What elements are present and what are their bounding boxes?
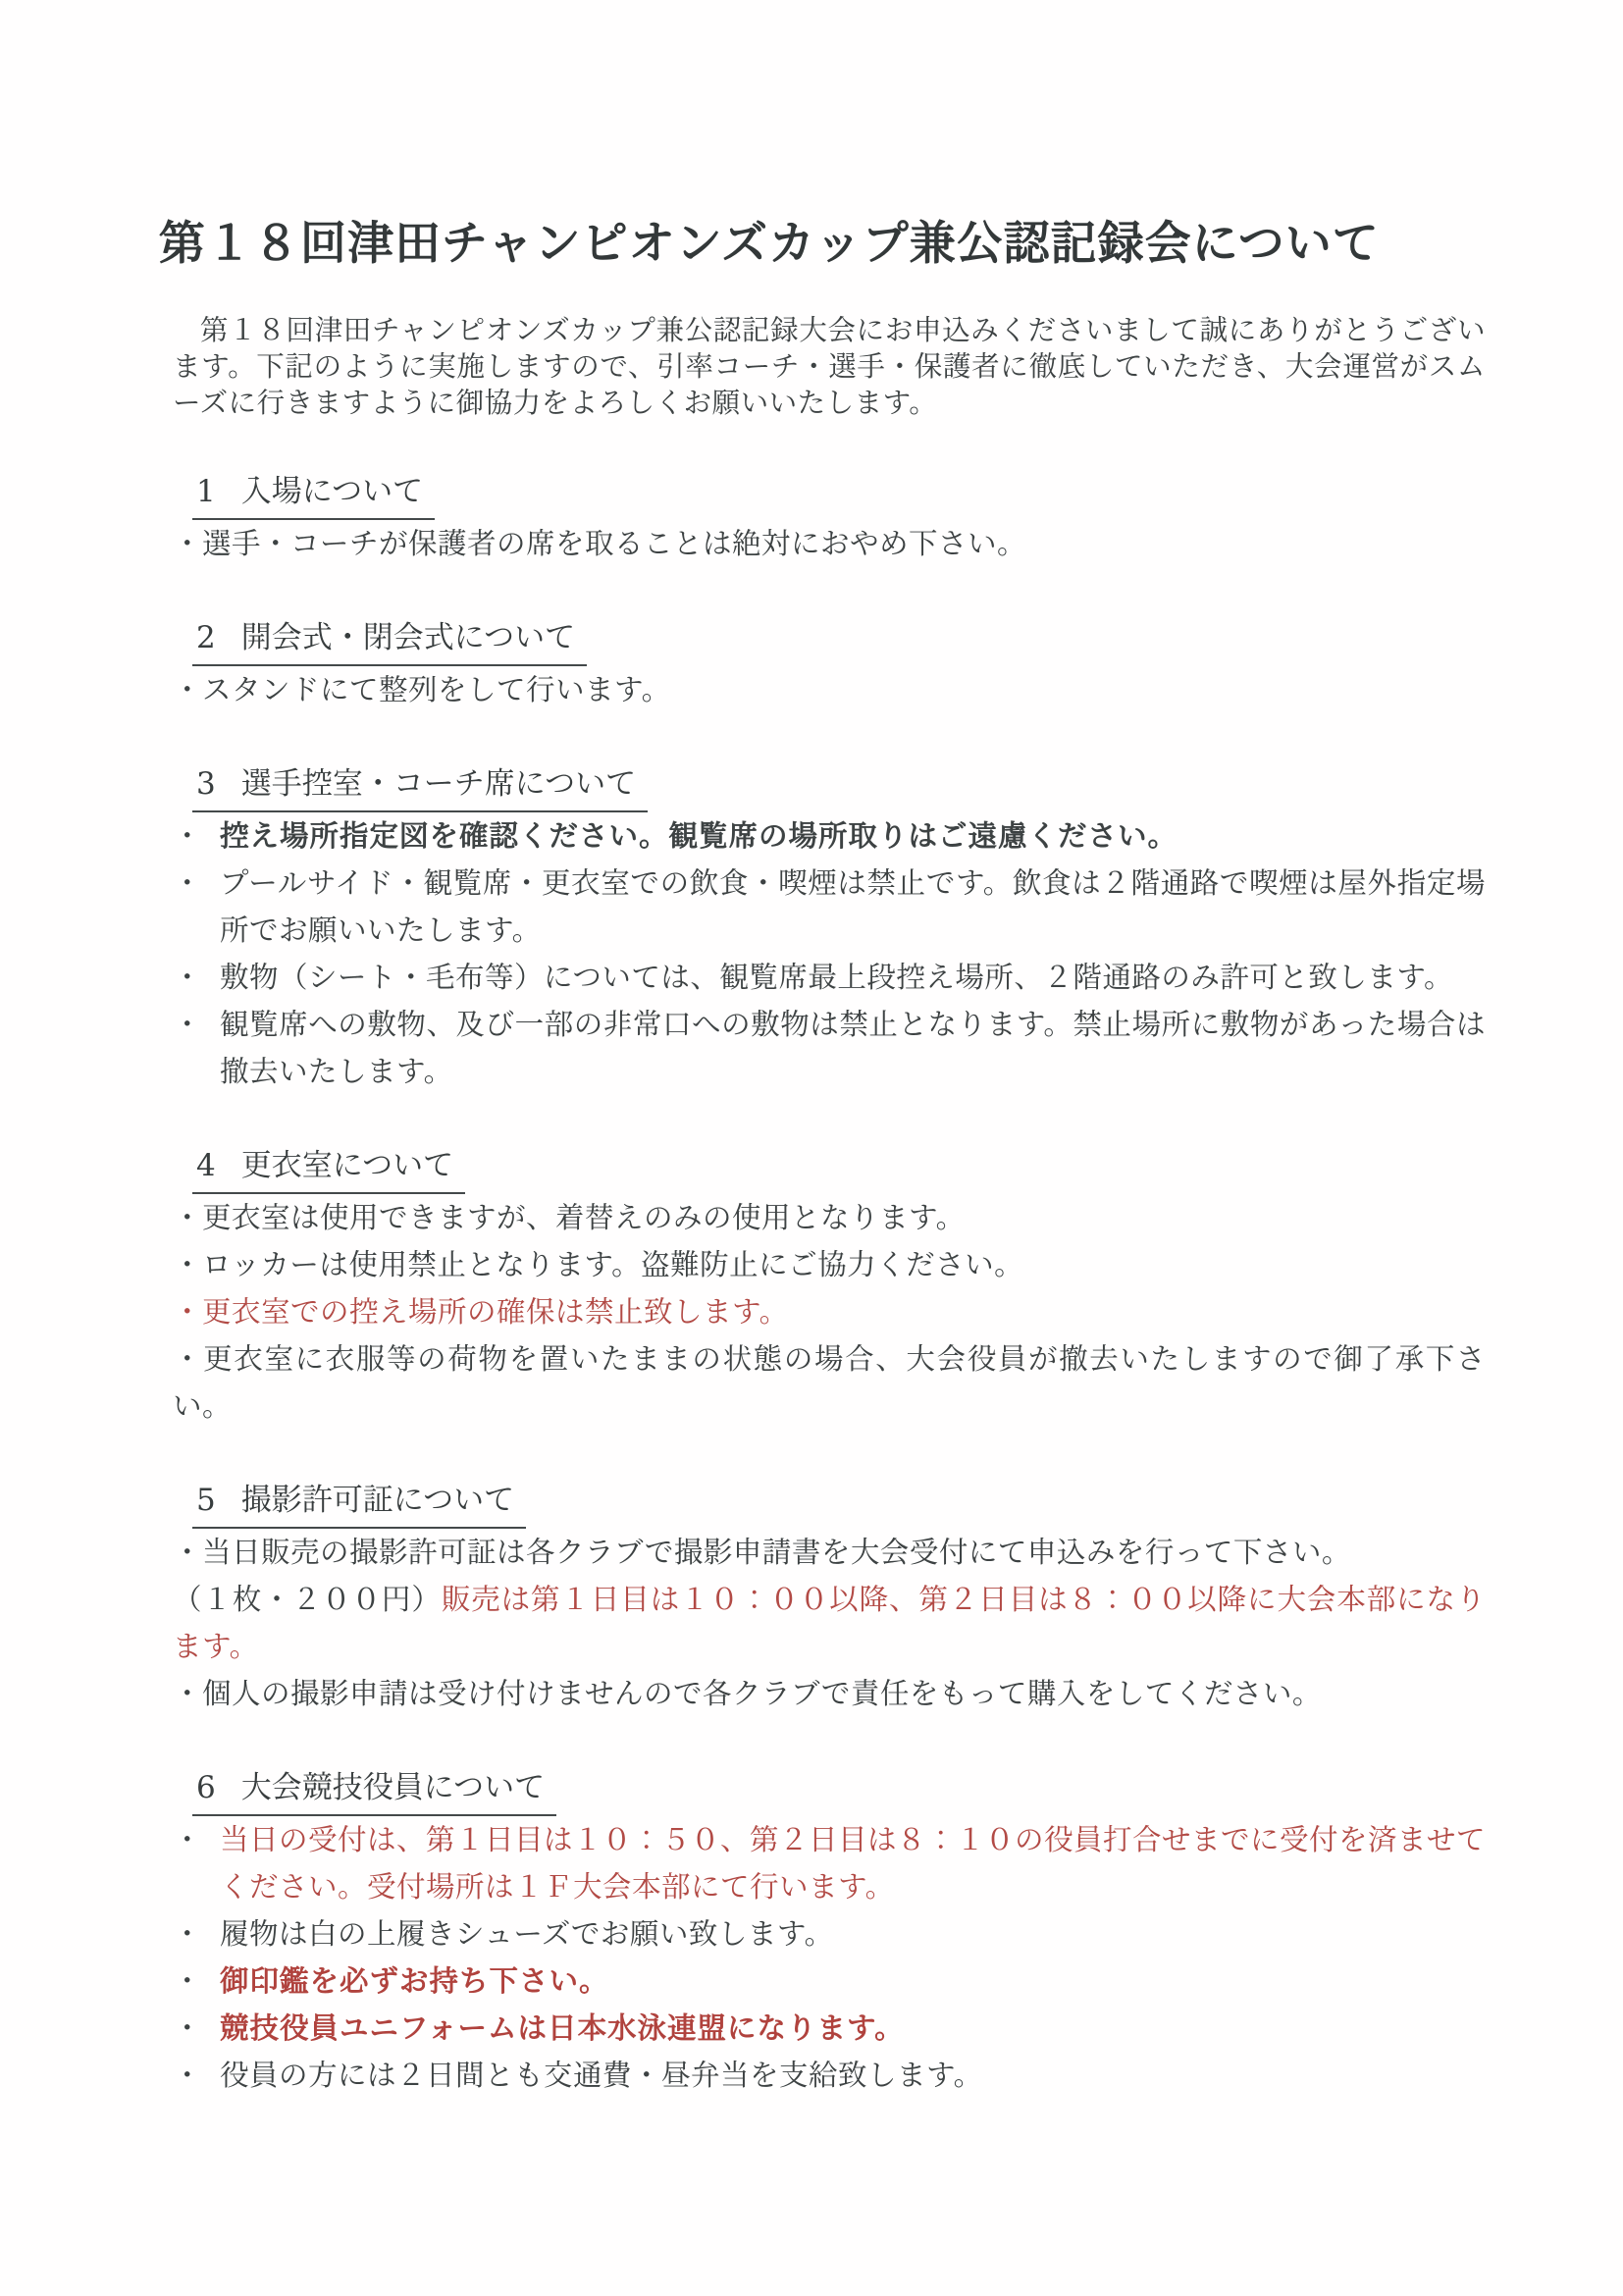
list-item-text: スタンドにて整列をして行います。 [202,673,671,706]
section-ceremony: 2開会式・閉会式について ・スタンドにて整列をして行います。 [173,614,1486,713]
bullet-icon: ・ [173,2005,220,2052]
list-item-prefix: （１枚・２００円） [173,1583,442,1616]
list-item: ・ 役員の方には２日間とも交通費・昼弁当を支給致します。 [173,2052,1486,2099]
list-item-text: 競技役員ユニフォームは日本水泳連盟になります。 [220,2005,1486,2052]
section-number: 4 [196,1142,216,1189]
bullet-icon: ・ [173,954,220,1001]
list-item-text: 更衣室は使用できますが、着替えのみの使用となります。 [202,1201,966,1234]
list-item-text: ロッカーは使用禁止となります。盗難防止にご協力ください。 [202,1248,1023,1281]
list-item-text: 選手・コーチが保護者の席を取ることは絶対におやめ下さい。 [202,527,1026,560]
list-item-text: 敷物（シート・毛布等）については、観覧席最上段控え場所、２階通路のみ許可と致しま… [220,954,1486,1001]
page-title: 第１８回津田チャンピオンズカップ兼公認記録会について [159,216,1486,273]
section-heading-text: 大会競技役員について [241,1770,545,1805]
section-number: 2 [196,614,216,661]
list-item-text: 個人の撮影申請は受け付けませんので各クラブで責任をもって購入をしてください。 [202,1677,1322,1710]
bullet-icon: ・ [173,1201,202,1234]
section-heading: 1入場について [192,468,1486,520]
list-item: ・ 履物は白の上履きシューズでお願い致します。 [173,1910,1486,1957]
list-item: ・更衣室は使用できますが、着替えのみの使用となります。 [173,1194,1486,1241]
section-number: 1 [196,468,216,515]
list-item: ・スタンドにて整列をして行います。 [173,666,1486,713]
list-item: ・ 当日の受付は、第１日目は１０：５０、第２日目は８：１０の役員打合せまでに受付… [173,1816,1486,1910]
list-item: ・ロッカーは使用禁止となります。盗難防止にご協力ください。 [173,1241,1486,1288]
intro-paragraph: 第１８回津田チャンピオンズカップ兼公認記録大会にお申込みくださいまして誠にありが… [173,312,1486,421]
section-waiting-room-coach-seats: 3選手控室・コーチ席について ・ 控え場所指定図を確認ください。観覧席の場所取り… [173,760,1486,1095]
section-heading: 6大会競技役員について [192,1764,1486,1816]
list-item-text: 控え場所指定図を確認ください。観覧席の場所取りはご遠慮ください。 [220,812,1486,860]
section-heading-underline: 2開会式・閉会式について [192,614,587,666]
bullet-icon: ・ [173,1295,202,1329]
list-item-text: 当日販売の撮影許可証は各クラブで撮影申請書を大会受付にて申込みを行って下さい。 [202,1536,1351,1569]
section-photography-permit: 5撮影許可証について ・当日販売の撮影許可証は各クラブで撮影申請書を大会受付にて… [173,1477,1486,1717]
list-item: ・更衣室での控え場所の確保は禁止致します。 [173,1288,1486,1335]
list-item-text: 役員の方には２日間とも交通費・昼弁当を支給致します。 [220,2052,1486,2099]
section-heading-underline: 5撮影許可証について [192,1477,526,1529]
section-heading-underline: 6大会競技役員について [192,1764,556,1816]
section-number: 6 [196,1764,216,1811]
list-item: ・ プールサイド・観覧席・更衣室での飲食・喫煙は禁止です。飲食は２階通路で喫煙は… [173,860,1486,954]
bullet-icon: ・ [173,1677,202,1710]
bullet-icon: ・ [173,1910,220,1957]
list-item-text: プールサイド・観覧席・更衣室での飲食・喫煙は禁止です。飲食は２階通路で喫煙は屋外… [220,860,1486,954]
section-number: 5 [196,1477,216,1524]
list-item-text: 観覧席への敷物、及び一部の非常口への敷物は禁止となります。禁止場所に敷物があった… [220,1001,1486,1095]
list-item: ・ 控え場所指定図を確認ください。観覧席の場所取りはご遠慮ください。 [173,812,1486,860]
section-heading-underline: 4更衣室について [192,1142,465,1194]
document-page: 第１８回津田チャンピオンズカップ兼公認記録会について 第１８回津田チャンピオンズ… [0,0,1623,2296]
bullet-icon: ・ [173,1001,220,1095]
list-item: ・選手・コーチが保護者の席を取ることは絶対におやめ下さい。 [173,520,1486,567]
list-item: ・ 観覧席への敷物、及び一部の非常口への敷物は禁止となります。禁止場所に敷物があ… [173,1001,1486,1095]
list-item-text: 更衣室に衣服等の荷物を置いたままの状態の場合、大会役員が撤去いたしますので御了承… [173,1342,1486,1423]
bullet-icon: ・ [173,673,202,706]
bullet-icon: ・ [173,527,202,560]
section-heading-underline: 3選手控室・コーチ席について [192,760,648,812]
section-heading-text: 開会式・閉会式について [241,620,575,655]
list-item: ・個人の撮影申請は受け付けませんので各クラブで責任をもって購入をしてください。 [173,1670,1486,1717]
section-heading-underline: 1入場について [192,468,435,520]
bullet-icon: ・ [173,1536,202,1569]
bullet-icon: ・ [173,860,220,954]
bullet-icon: ・ [173,1816,220,1910]
list-item-text: 当日の受付は、第１日目は１０：５０、第２日目は８：１０の役員打合せまでに受付を済… [220,1816,1486,1910]
bullet-icon: ・ [173,1957,220,2005]
list-item: （１枚・２００円）販売は第１日目は１０：００以降、第２日目は８：００以降に大会本… [173,1576,1486,1670]
section-heading: 3選手控室・コーチ席について [192,760,1486,812]
section-heading: 2開会式・閉会式について [192,614,1486,666]
list-item-text: 御印鑑を必ずお持ち下さい。 [220,1957,1486,2005]
section-heading: 4更衣室について [192,1142,1486,1194]
list-item: ・ 競技役員ユニフォームは日本水泳連盟になります。 [173,2005,1486,2052]
bullet-icon: ・ [173,1342,203,1376]
section-number: 3 [196,760,216,808]
list-item: ・ 敷物（シート・毛布等）については、観覧席最上段控え場所、２階通路のみ許可と致… [173,954,1486,1001]
list-item: ・ 御印鑑を必ずお持ち下さい。 [173,1957,1486,2005]
section-officials: 6大会競技役員について ・ 当日の受付は、第１日目は１０：５０、第２日目は８：１… [173,1764,1486,2099]
list-item-text: 更衣室での控え場所の確保は禁止致します。 [202,1295,789,1329]
section-entrance: 1入場について ・選手・コーチが保護者の席を取ることは絶対におやめ下さい。 [173,468,1486,567]
section-heading-text: 撮影許可証について [241,1483,514,1518]
section-heading-text: 入場について [241,474,423,509]
bullet-icon: ・ [173,812,220,860]
list-item: ・更衣室に衣服等の荷物を置いたままの状態の場合、大会役員が撤去いたしますので御了… [173,1335,1486,1430]
section-changing-room: 4更衣室について ・更衣室は使用できますが、着替えのみの使用となります。 ・ロッ… [173,1142,1486,1430]
section-heading: 5撮影許可証について [192,1477,1486,1529]
bullet-icon: ・ [173,1248,202,1281]
list-item-text: 履物は白の上履きシューズでお願い致します。 [220,1910,1486,1957]
section-heading-text: 更衣室について [241,1148,453,1183]
bullet-icon: ・ [173,2052,220,2099]
list-item: ・当日販売の撮影許可証は各クラブで撮影申請書を大会受付にて申込みを行って下さい。 [173,1529,1486,1576]
section-heading-text: 選手控室・コーチ席について [241,766,636,802]
